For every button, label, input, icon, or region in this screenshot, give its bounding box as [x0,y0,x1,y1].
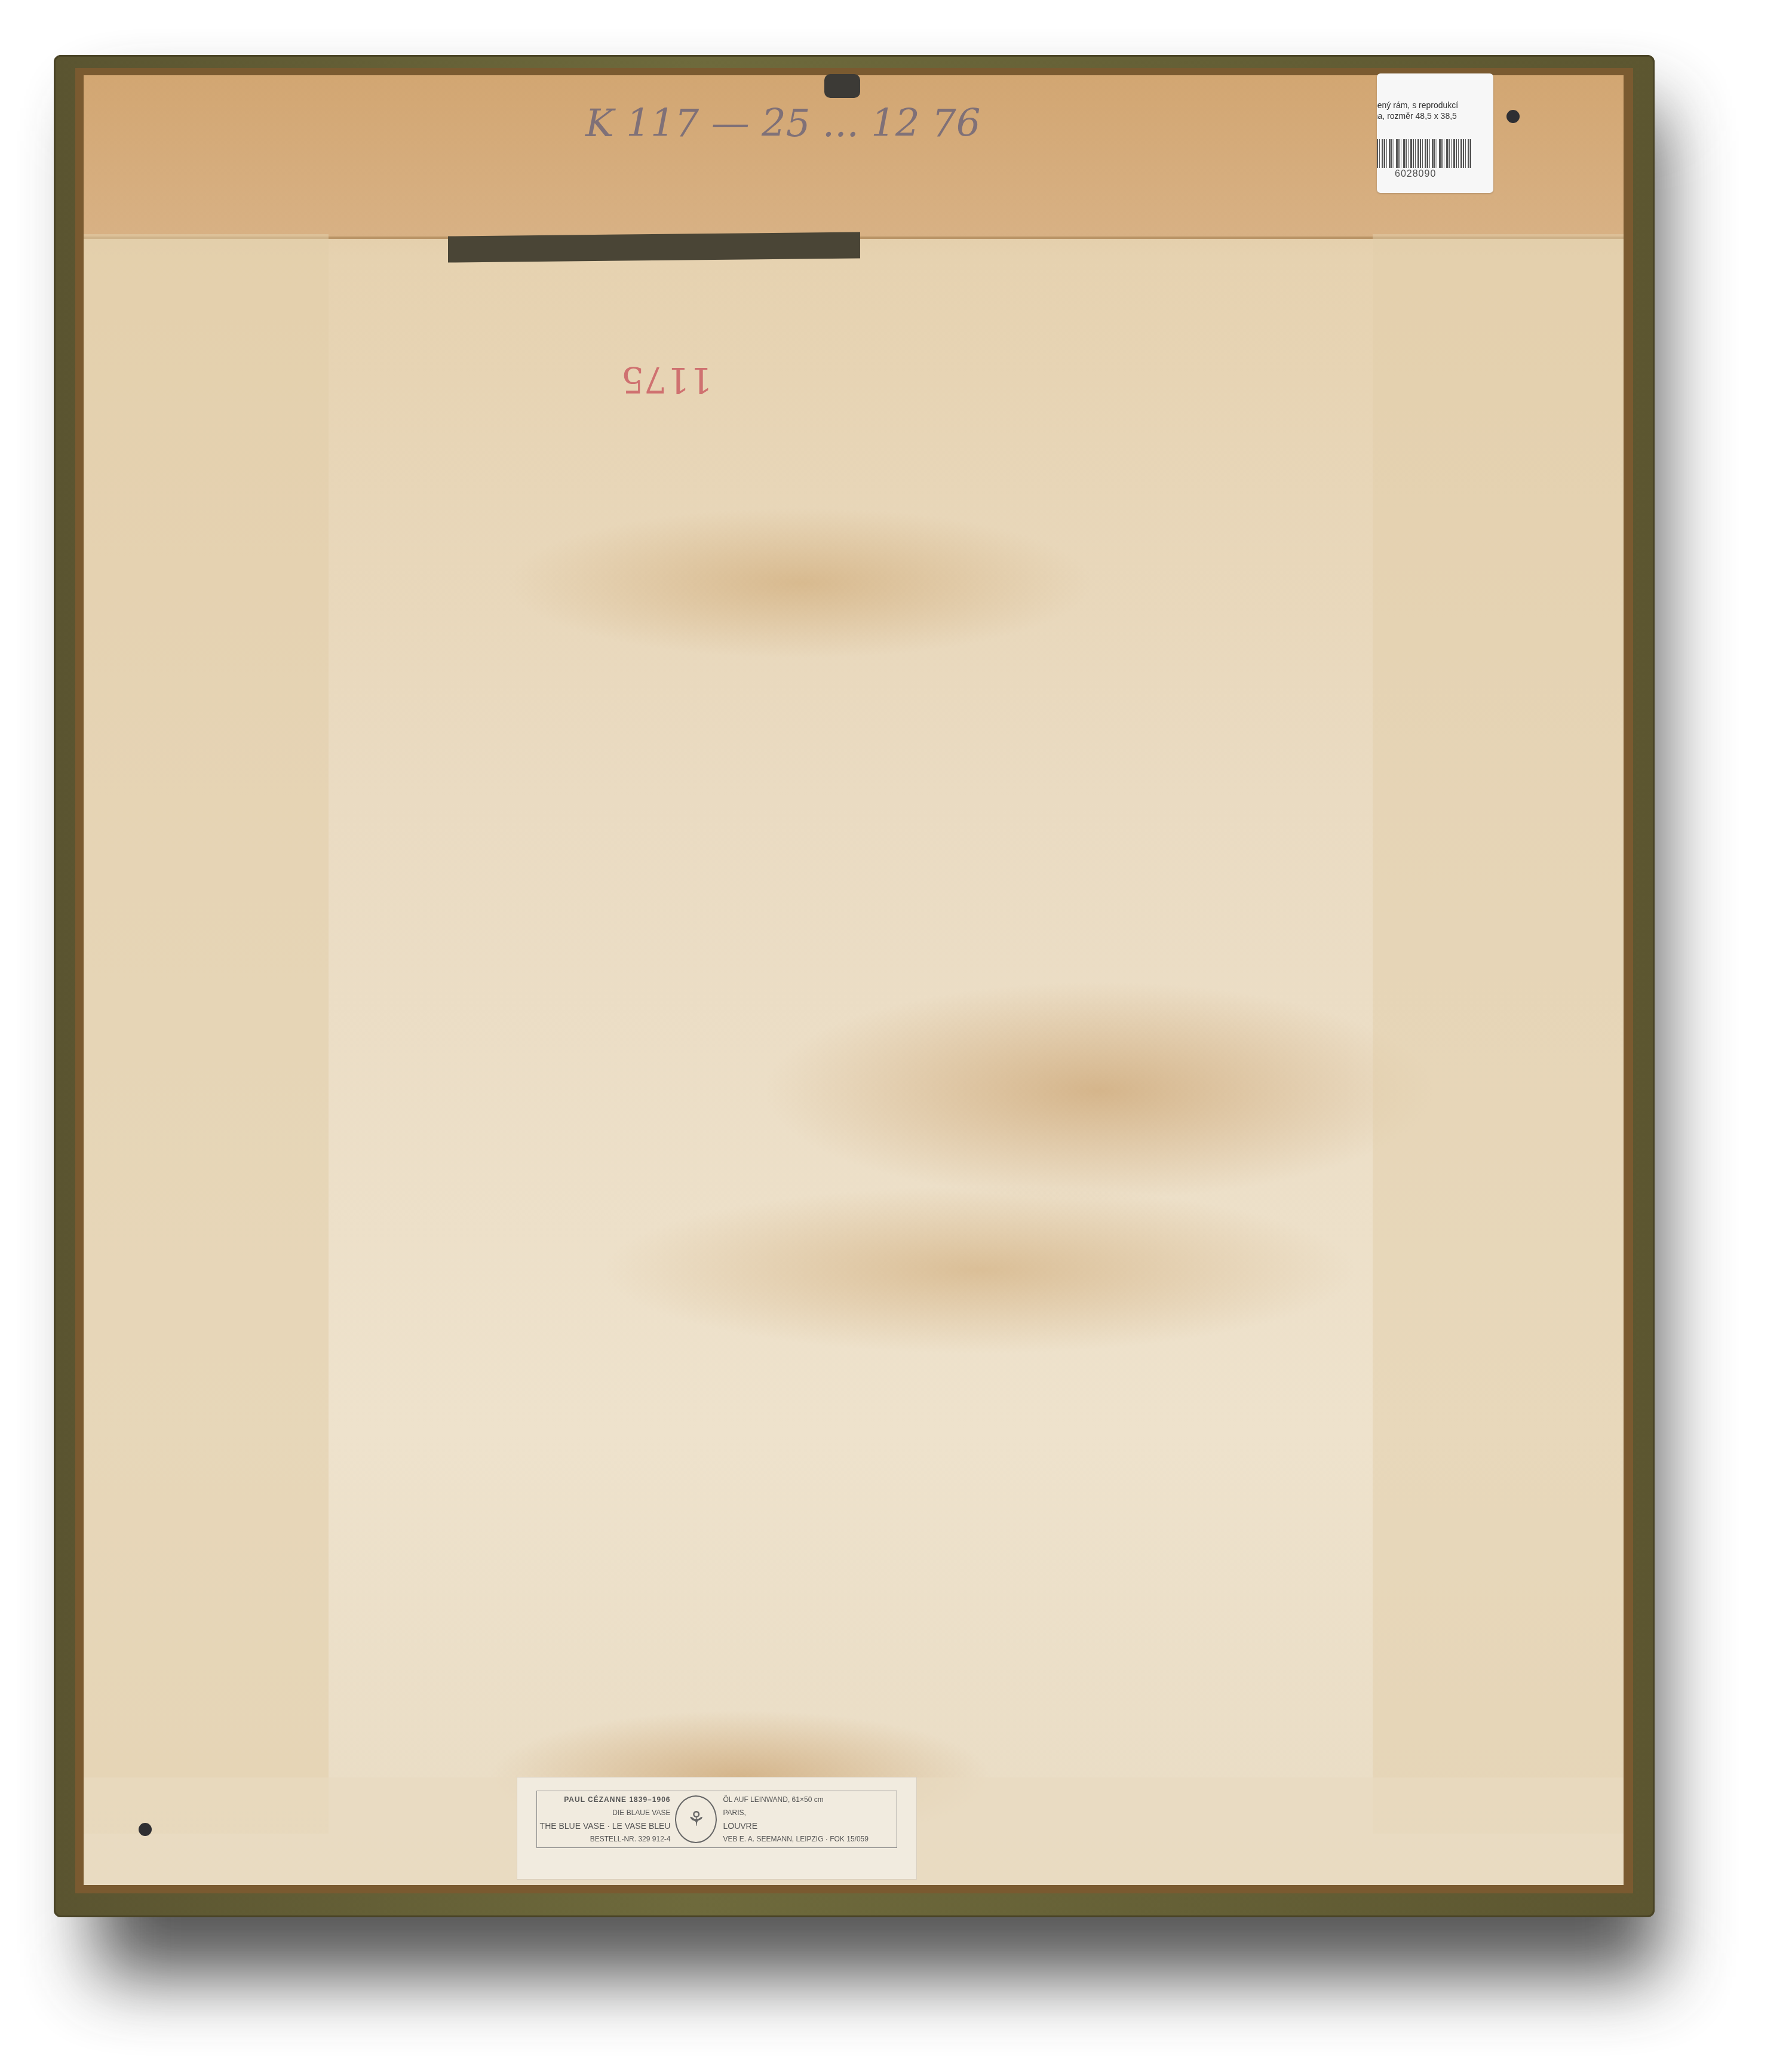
pencil-inscription-top: K 117 — 25 ... 12 76 [585,102,980,146]
title-german: DIE BLAUE VASE [537,1806,670,1819]
title-english-french: THE BLUE VASE · LE VASE BLEU [537,1819,670,1832]
inventory-barcode-label: ocený rám, s reprodukcí ona, rozměr 48,5… [1377,73,1493,193]
left-tape-strip [84,234,329,1834]
museum: LOUVRE [723,1819,897,1832]
city: PARIS, [723,1806,897,1819]
publisher-label: PAUL CÉZANNE 1839–1906 DIE BLAUE VASE TH… [517,1777,916,1879]
medium-and-size: ÖL AUF LEINWAND, 61×50 cm [723,1793,897,1806]
inventory-description-line1: ocený rám, s reprodukcí [1377,100,1493,110]
publisher-logo-icon: ⚘ [675,1795,717,1843]
picture-frame [54,55,1655,1917]
publisher-label-box: PAUL CÉZANNE 1839–1906 DIE BLAUE VASE TH… [536,1791,897,1848]
publisher-name: VEB E. A. SEEMANN, LEIPZIG · FOK 15/059 [723,1832,897,1846]
publisher-label-right: ÖL AUF LEINWAND, 61×50 cm PARIS, LOUVRE … [717,1793,897,1846]
right-tape-strip [1373,234,1624,1834]
barcode-icon [1377,139,1472,168]
inventory-description-line2: ona, rozměr 48,5 x 38,5 [1377,110,1493,121]
pencil-number-center: 1175 [621,358,713,400]
order-number: BESTELL-NR. 329 912-4 [537,1832,670,1846]
nail-head-icon [1506,110,1520,123]
nail-head-icon [139,1823,152,1836]
hanging-hook-icon [824,74,860,98]
publisher-label-left: PAUL CÉZANNE 1839–1906 DIE BLAUE VASE TH… [537,1793,675,1846]
barcode-number: 6028090 [1395,169,1493,180]
artist-name: PAUL CÉZANNE 1839–1906 [537,1793,670,1806]
torn-paper-gap [448,232,860,262]
